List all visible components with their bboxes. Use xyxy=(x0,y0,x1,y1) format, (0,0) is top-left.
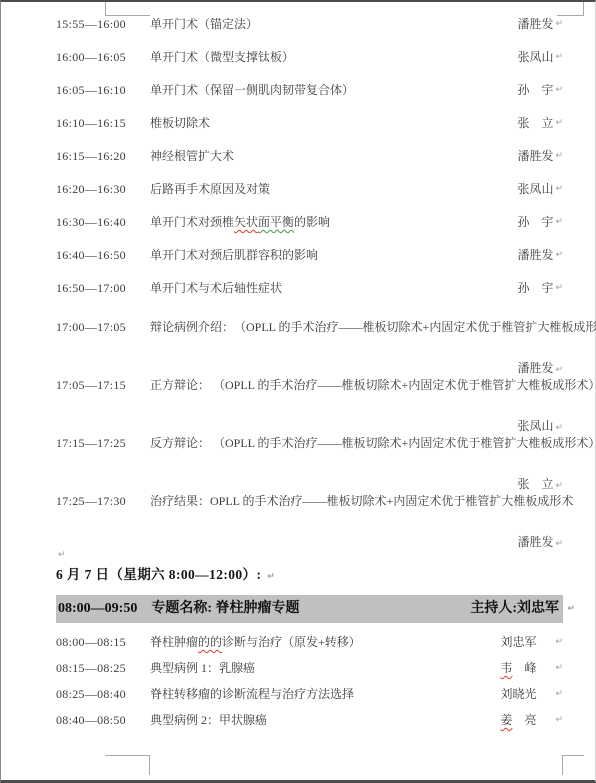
paragraph-mark-icon: ↵ xyxy=(555,635,563,650)
title-part: 脊柱肿瘤 xyxy=(150,635,198,649)
debate-row: 17:00—17:05 辩论病例介绍： （OPLL 的手术治疗——椎板切除术+内… xyxy=(56,320,563,372)
schedule-row: 08:40—08:50 典型病例 2：甲状腺癌 姜 亮 ↵ xyxy=(56,713,563,739)
talk-title: 单开门术对颈后肌群容积的影响 xyxy=(150,248,509,263)
time-range: 08:15—08:25 xyxy=(56,661,150,676)
time-range: 15:55—16:00 xyxy=(56,17,150,32)
talk-title: 椎板切除术 xyxy=(150,116,509,131)
paragraph-mark-icon: ↵ xyxy=(555,248,563,263)
time-range: 16:05—16:10 xyxy=(56,83,150,98)
paragraph-mark-icon: ↵ xyxy=(555,50,563,65)
word-document-page: 15:55—16:00 单开门术（锚定法） 潘胜发 ↵ 16:00—16:05 … xyxy=(0,0,596,783)
paragraph-mark-icon: ↵ xyxy=(267,572,275,582)
speaker-name: 张凤山 xyxy=(517,182,553,197)
empty-paragraph: ↵ xyxy=(56,546,563,567)
text-boundary-mark-bottom-left-icon xyxy=(105,755,150,775)
paragraph-mark-icon: ↵ xyxy=(555,423,563,433)
time-range: 08:25—08:40 xyxy=(56,687,150,702)
speaker-name: 张 立 xyxy=(517,116,553,131)
talk-title: 反方辩论： （OPLL 的手术治疗——椎板切除术+内固定术优于椎管扩大椎板成形术… xyxy=(150,436,596,462)
speaker-name: 刘晓光 xyxy=(500,687,553,702)
talk-title: 单开门术与术后轴性症状 xyxy=(150,281,509,296)
spellcheck-underline: 姜 xyxy=(500,713,512,727)
session-header-bar: 08:00—09:50 专题名称: 脊柱肿瘤专题 主持人:刘忠军 ↵ xyxy=(56,595,563,623)
date-heading-text: 6 月 7 日（星期六 8:00—12:00）: xyxy=(56,567,261,582)
speaker-name: 姜 亮 xyxy=(500,713,553,728)
talk-title: 后路再手术原因及对策 xyxy=(150,182,509,197)
speaker-name: 孙 宇 xyxy=(517,83,553,98)
text-boundary-mark-top-left-icon xyxy=(105,2,150,16)
paragraph-mark-icon: ↵ xyxy=(555,713,563,728)
spellcheck-underline: 韦 xyxy=(500,661,512,675)
time-range: 17:25—17:30 xyxy=(56,494,150,520)
paragraph-mark-icon: ↵ xyxy=(555,215,563,230)
schedule-row: 08:25—08:40 脊柱转移瘤的诊断流程与治疗方法选择 刘晓光 ↵ xyxy=(56,687,563,713)
time-range: 08:40—08:50 xyxy=(56,713,150,728)
time-range: 16:20—16:30 xyxy=(56,182,150,197)
debate-title-line: 17:00—17:05 辩论病例介绍： （OPLL 的手术治疗——椎板切除术+内… xyxy=(56,320,593,346)
paragraph-mark-icon: ↵ xyxy=(555,365,563,375)
time-range: 16:50—17:00 xyxy=(56,281,150,296)
talk-title: 单开门术（保留一侧肌肉韧带复合体） xyxy=(150,83,509,98)
speaker-name: 刘忠军 xyxy=(500,635,553,650)
spellcheck-underline: 矢状 xyxy=(234,215,258,229)
session2-rows: 08:00—08:15 脊柱肿瘤的的诊断与治疗（原发+转移） 刘忠军 ↵ 08:… xyxy=(56,635,563,739)
schedule-row: 15:55—16:00 单开门术（锚定法） 潘胜发 ↵ xyxy=(56,17,563,50)
schedule-row: 16:40—16:50 单开门术对颈后肌群容积的影响 潘胜发 ↵ xyxy=(56,248,563,281)
debate-row: 17:15—17:25 反方辩论： （OPLL 的手术治疗——椎板切除术+内固定… xyxy=(56,436,563,488)
session-topic: 专题名称: 脊柱肿瘤专题 xyxy=(151,595,299,623)
date-heading: 6 月 7 日（星期六 8:00—12:00）: ↵ xyxy=(56,567,563,592)
spellcheck-underline: 的的 xyxy=(198,635,222,649)
paragraph-mark-icon: ↵ xyxy=(555,116,563,131)
text-boundary-mark-bottom-right-icon xyxy=(562,755,584,775)
time-range: 17:15—17:25 xyxy=(56,436,150,462)
paragraph-mark-icon: ↵ xyxy=(555,17,563,32)
speaker-line: 张 立↵ xyxy=(56,462,563,488)
talk-title: 典型病例 2：甲状腺癌 xyxy=(150,713,492,728)
schedule-row: 08:15—08:25 典型病例 1：乳腺癌 韦 峰 ↵ xyxy=(56,661,563,687)
paragraph-mark-icon: ↵ xyxy=(555,83,563,98)
paragraph-mark-icon: ↵ xyxy=(555,149,563,164)
session-chair: 主持人:刘忠军 xyxy=(470,595,559,623)
paragraph-mark-icon: ↵ xyxy=(555,687,563,702)
speaker-name: 孙 宇 xyxy=(517,215,553,230)
talk-title: 脊柱转移瘤的诊断流程与治疗方法选择 xyxy=(150,687,492,702)
speaker-name: 张凤山 xyxy=(517,419,553,433)
session-time-range: 08:00—09:50 xyxy=(58,595,137,623)
title-part: 的影响 xyxy=(294,215,330,229)
speaker-line: 张凤山↵ xyxy=(56,404,563,430)
debate-row: 17:25—17:30 治疗结果：OPLL 的手术治疗——椎板切除术+内固定术优… xyxy=(56,494,563,546)
speaker-name: 张 立 xyxy=(517,477,553,491)
talk-title: 正方辩论： （OPLL 的手术治疗——椎板切除术+内固定术优于椎管扩大椎板成形术… xyxy=(150,378,596,404)
grammarcheck-underline: 面平衡 xyxy=(258,215,294,229)
talk-title: 治疗结果：OPLL 的手术治疗——椎板切除术+内固定术优于椎管扩大椎板成形术 xyxy=(150,494,573,520)
time-range: 17:05—17:15 xyxy=(56,378,150,404)
debate-title-line: 17:25—17:30 治疗结果：OPLL 的手术治疗——椎板切除术+内固定术优… xyxy=(56,494,593,520)
talk-title: 单开门术对颈椎矢状面平衡的影响 xyxy=(150,215,509,230)
talk-title: 单开门术（微型支撑钛板） xyxy=(150,50,509,65)
time-range: 17:00—17:05 xyxy=(56,320,150,346)
text-boundary-mark-top-right-icon xyxy=(557,2,584,16)
schedule-row: 16:05—16:10 单开门术（保留一侧肌肉韧带复合体） 孙 宇 ↵ xyxy=(56,83,563,116)
paragraph-mark-icon: ↵ xyxy=(555,539,563,549)
schedule-row: 16:10—16:15 椎板切除术 张 立 ↵ xyxy=(56,116,563,149)
schedule-row: 16:20—16:30 后路再手术原因及对策 张凤山 ↵ xyxy=(56,182,563,215)
time-range: 16:15—16:20 xyxy=(56,149,150,164)
time-range: 16:40—16:50 xyxy=(56,248,150,263)
speaker-name: 潘胜发 xyxy=(517,248,553,263)
paragraph-mark-icon: ↵ xyxy=(567,595,575,623)
speaker-name: 潘胜发 xyxy=(517,149,553,164)
schedule-row: 08:00—08:15 脊柱肿瘤的的诊断与治疗（原发+转移） 刘忠军 ↵ xyxy=(56,635,563,661)
talk-title: 典型病例 1：乳腺癌 xyxy=(150,661,492,676)
speaker-name: 潘胜发 xyxy=(517,17,553,32)
talk-title: 神经根管扩大术 xyxy=(150,149,509,164)
time-range: 16:30—16:40 xyxy=(56,215,150,230)
talk-title: 脊柱肿瘤的的诊断与治疗（原发+转移） xyxy=(150,635,492,650)
debate-title-line: 17:15—17:25 反方辩论： （OPLL 的手术治疗——椎板切除术+内固定… xyxy=(56,436,593,462)
title-part: 诊断与治疗（原发+转移） xyxy=(222,635,361,649)
paragraph-mark-icon: ↵ xyxy=(555,661,563,676)
paragraph-mark-icon: ↵ xyxy=(555,281,563,296)
paragraph-mark-icon: ↵ xyxy=(58,550,66,560)
speaker-line: 潘胜发↵ xyxy=(56,346,563,372)
title-part: 单开门术对颈椎 xyxy=(150,215,234,229)
debate-row: 17:05—17:15 正方辩论： （OPLL 的手术治疗——椎板切除术+内固定… xyxy=(56,378,563,430)
speaker-line: 潘胜发↵ xyxy=(56,520,563,546)
schedule-row: 16:00—16:05 单开门术（微型支撑钛板） 张凤山 ↵ xyxy=(56,50,563,83)
talk-title: 单开门术（锚定法） xyxy=(150,17,509,32)
speaker-name: 韦 峰 xyxy=(500,661,553,676)
debate-title-line: 17:05—17:15 正方辩论： （OPLL 的手术治疗——椎板切除术+内固定… xyxy=(56,378,593,404)
speaker-name: 张凤山 xyxy=(517,50,553,65)
paragraph-mark-icon: ↵ xyxy=(555,481,563,491)
schedule-row: 16:15—16:20 神经根管扩大术 潘胜发 ↵ xyxy=(56,149,563,182)
paragraph-mark-icon: ↵ xyxy=(555,182,563,197)
schedule-row: 16:50—17:00 单开门术与术后轴性症状 孙 宇 ↵ xyxy=(56,281,563,314)
talk-title: 辩论病例介绍： （OPLL 的手术治疗——椎板切除术+内固定术优于椎管扩大椎板成… xyxy=(150,320,596,346)
speaker-part: 峰 xyxy=(512,661,536,675)
speaker-name: 潘胜发 xyxy=(517,361,553,375)
time-range: 16:10—16:15 xyxy=(56,116,150,131)
time-range: 08:00—08:15 xyxy=(56,635,150,650)
speaker-name: 孙 宇 xyxy=(517,281,553,296)
speaker-part: 亮 xyxy=(512,713,536,727)
schedule-row: 16:30—16:40 单开门术对颈椎矢状面平衡的影响 孙 宇 ↵ xyxy=(56,215,563,248)
time-range: 16:00—16:05 xyxy=(56,50,150,65)
page-content: 15:55—16:00 单开门术（锚定法） 潘胜发 ↵ 16:00—16:05 … xyxy=(56,17,563,739)
speaker-name: 潘胜发 xyxy=(517,535,553,549)
